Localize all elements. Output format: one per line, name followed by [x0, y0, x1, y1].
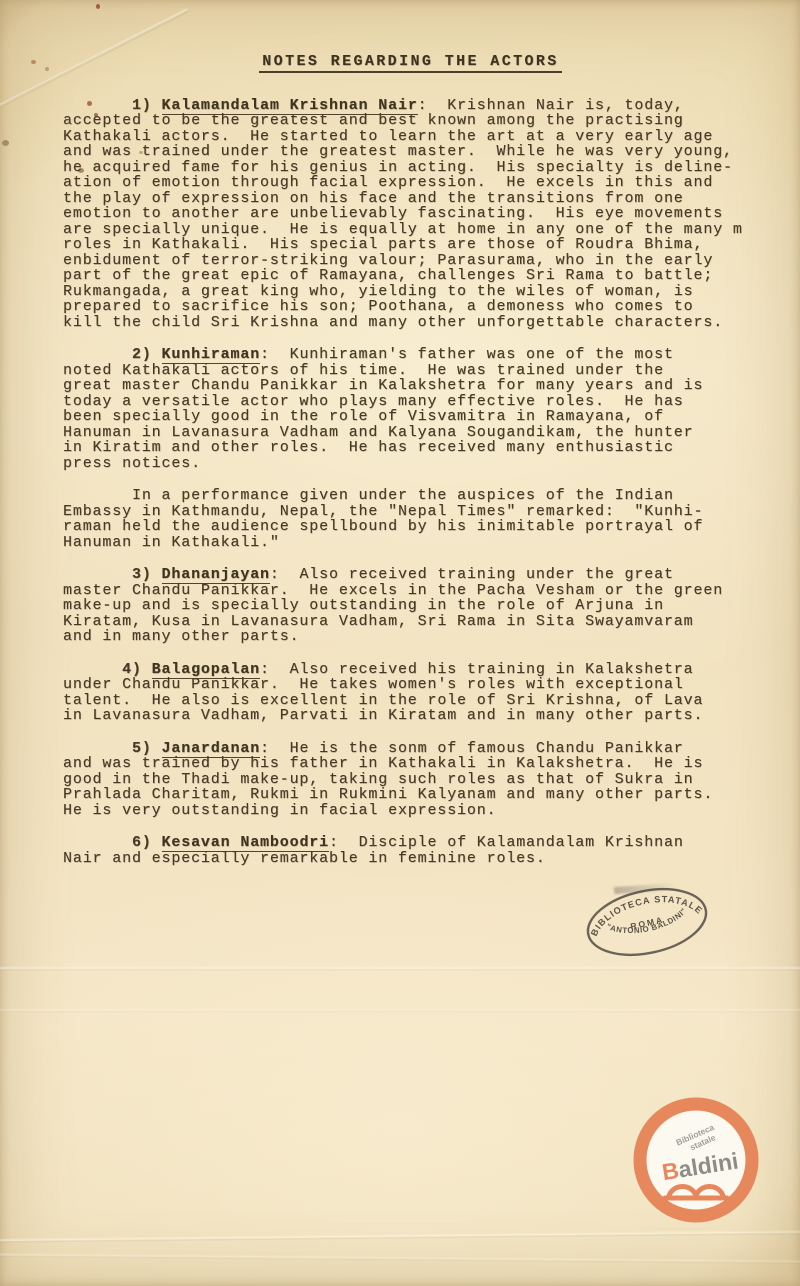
paragraph-6: 5) Janardanan: He is the sonm of famous …	[63, 741, 758, 819]
title-row: NOTES REGARDING THE ACTORS	[63, 54, 758, 73]
paragraph-indent	[63, 566, 132, 583]
stain	[31, 60, 36, 64]
paragraph-number: 2)	[132, 346, 162, 363]
paragraph-1: 1) Kalamandalam Krishnan Nair: Krishnan …	[63, 98, 758, 331]
stain	[2, 140, 9, 146]
scanned-document-page: NOTES REGARDING THE ACTORS 1) Kalamandal…	[0, 0, 800, 1286]
paragraph-indent	[63, 834, 132, 851]
paragraph-text: : Krishnan Nair is, today, accepted to b…	[63, 97, 743, 331]
paragraph-2: 2) Kunhiraman: Kunhiraman's father was o…	[63, 347, 758, 471]
paragraph-number: 6)	[132, 834, 162, 851]
library-stamp: BIBLIOTECA STATALE ROMA "ANTONIO BALDINI…	[570, 868, 724, 975]
baldini-logo: Biblioteca statale Baldini	[632, 1096, 760, 1224]
paragraph-text: : Kunhiraman's father was one of the mos…	[63, 346, 703, 472]
page-title: NOTES REGARDING THE ACTORS	[259, 54, 561, 73]
paragraph-3: In a performance given under the auspice…	[63, 488, 758, 550]
document-body: NOTES REGARDING THE ACTORS 1) Kalamandal…	[63, 0, 758, 866]
crease-line	[0, 1230, 800, 1243]
paragraph-indent	[63, 740, 132, 757]
paragraph-text: In a performance given under the auspice…	[63, 487, 703, 551]
paragraph-number: 5)	[132, 740, 162, 757]
paragraph-number: 1)	[132, 97, 162, 114]
paragraph-7: 6) Kesavan Namboodri: Disciple of Kalama…	[63, 835, 758, 866]
crease-line	[0, 1008, 800, 1013]
paragraph-number: 3)	[132, 566, 162, 583]
paragraph-4: 3) Dhananjayan: Also received training u…	[63, 567, 758, 645]
paragraph-indent	[63, 487, 132, 504]
paragraph-indent	[63, 97, 132, 114]
paragraph-number: 4)	[122, 661, 152, 678]
paragraph-5: 4) Balagopalan: Also received his traini…	[63, 662, 758, 724]
stain	[45, 67, 49, 71]
crease-line	[0, 966, 800, 971]
crease-line	[0, 1253, 800, 1265]
paragraph-indent	[63, 346, 132, 363]
paragraph-indent	[63, 661, 122, 678]
